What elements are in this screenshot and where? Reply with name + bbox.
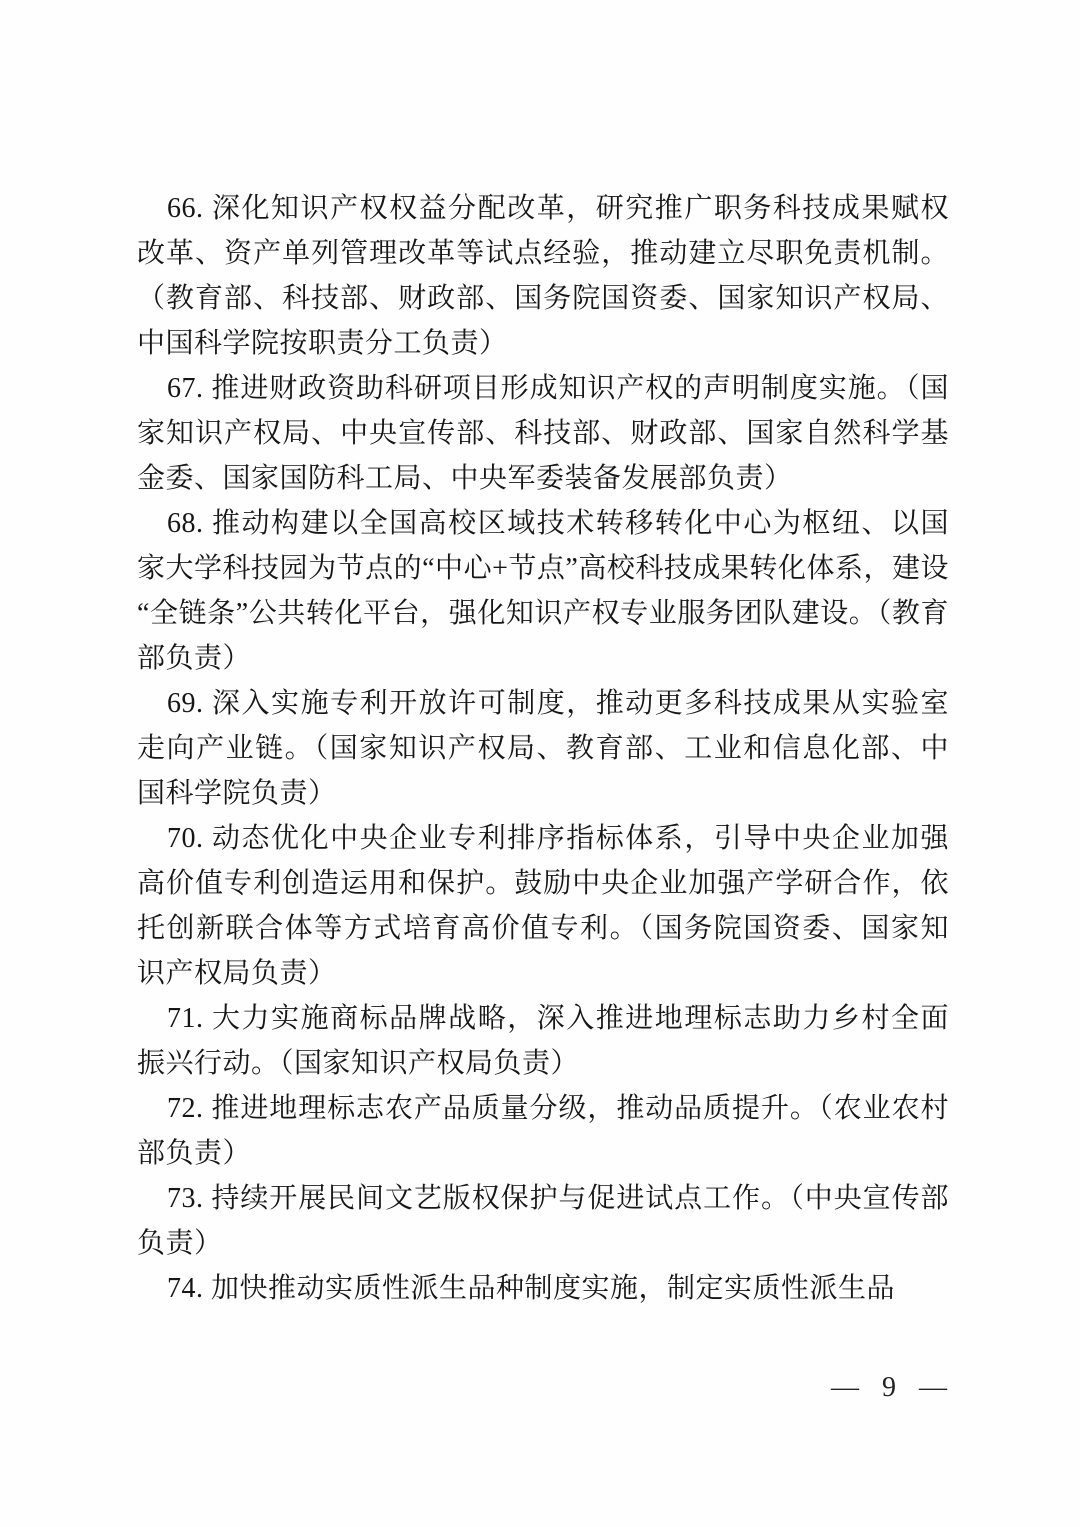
page-footer: — 9 — bbox=[831, 1372, 950, 1404]
item-67: 67. 推进财政资助科研项目形成知识产权的声明制度实施。（国家知识产权局、中央宣… bbox=[137, 366, 949, 501]
document-page: 66. 深化知识产权权益分配改革，研究推广职务科技成果赋权改革、资产单列管理改革… bbox=[0, 0, 1080, 1527]
item-70: 70. 动态优化中央企业专利排序指标体系，引导中央企业加强高价值专利创造运用和保… bbox=[137, 816, 949, 996]
item-69: 69. 深入实施专利开放许可制度，推动更多科技成果从实验室走向产业链。（国家知识… bbox=[137, 681, 949, 816]
item-74: 74. 加快推动实质性派生品种制度实施，制定实质性派生品 bbox=[137, 1266, 949, 1311]
document-body: 66. 深化知识产权权益分配改革，研究推广职务科技成果赋权改革、资产单列管理改革… bbox=[137, 186, 949, 1311]
item-72: 72. 推进地理标志农产品质量分级，推动品质提升。（农业农村部负责） bbox=[137, 1086, 949, 1176]
page-number: — 9 — bbox=[831, 1372, 950, 1403]
item-66: 66. 深化知识产权权益分配改革，研究推广职务科技成果赋权改革、资产单列管理改革… bbox=[137, 186, 949, 366]
item-73: 73. 持续开展民间文艺版权保护与促进试点工作。（中央宣传部负责） bbox=[137, 1176, 949, 1266]
item-68: 68. 推动构建以全国高校区域技术转移转化中心为枢纽、以国家大学科技园为节点的“… bbox=[137, 501, 949, 681]
item-71: 71. 大力实施商标品牌战略，深入推进地理标志助力乡村全面振兴行动。（国家知识产… bbox=[137, 996, 949, 1086]
